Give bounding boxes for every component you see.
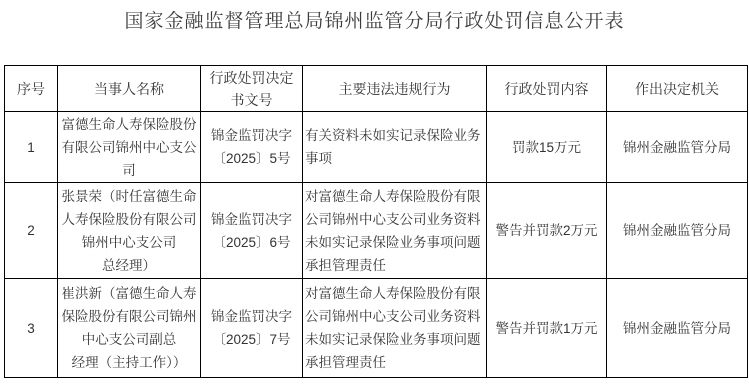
cell-violation: 对富德生命人寿保险股份有限 公司锦州中心支公司业务资料 未如实记录保险业务事项问… (303, 183, 487, 279)
cell-violation: 对富德生命人寿保险股份有限 公司锦州中心支公司业务资料 未如实记录保险业务事项问… (303, 279, 487, 378)
cell-violation: 有关资料未如实记录保险业务 事项 (303, 112, 487, 183)
header-violation: 主要违法违规行为 (303, 66, 487, 112)
cell-deciding-authority: 锦州金融监管分局 (607, 279, 748, 378)
table-row: 1 富德生命人寿保险股份 有限公司锦州中心支公 司 锦金监罚决字 〔2025〕5… (5, 112, 748, 183)
cell-deciding-authority: 锦州金融监管分局 (607, 183, 748, 279)
table-row: 2 张景荣（时任富德生命 人寿保险股份有限公司 锦州中心支公司 总经理） 锦金监… (5, 183, 748, 279)
cell-decision-doc-no: 锦金监罚决字 〔2025〕6号 (201, 183, 303, 279)
header-party-name: 当事人名称 (58, 66, 201, 112)
cell-penalty-content: 警告并罚款1万元 (487, 279, 607, 378)
cell-decision-doc-no: 锦金监罚决字 〔2025〕7号 (201, 279, 303, 378)
header-decision-doc-no: 行政处罚决定 书文号 (201, 66, 303, 112)
cell-party-name: 富德生命人寿保险股份 有限公司锦州中心支公 司 (58, 112, 201, 183)
cell-penalty-content: 警告并罚款2万元 (487, 183, 607, 279)
header-deciding-authority: 作出决定机关 (607, 66, 748, 112)
header-penalty-content: 行政处罚内容 (487, 66, 607, 112)
cell-index: 1 (5, 112, 58, 183)
header-index: 序号 (5, 66, 58, 112)
cell-penalty-content: 罚款15万元 (487, 112, 607, 183)
cell-index: 2 (5, 183, 58, 279)
table-header-row: 序号 当事人名称 行政处罚决定 书文号 主要违法违规行为 行政处罚内容 作出决定… (5, 66, 748, 112)
penalty-table: 序号 当事人名称 行政处罚决定 书文号 主要违法违规行为 行政处罚内容 作出决定… (4, 65, 748, 378)
cell-deciding-authority: 锦州金融监管分局 (607, 112, 748, 183)
cell-decision-doc-no: 锦金监罚决字 〔2025〕5号 (201, 112, 303, 183)
table-row: 3 崔洪新（富德生命人寿 保险股份有限公司锦州 中心支公司副总 经理（主持工作）… (5, 279, 748, 378)
cell-party-name: 崔洪新（富德生命人寿 保险股份有限公司锦州 中心支公司副总 经理（主持工作）） (58, 279, 201, 378)
cell-party-name: 张景荣（时任富德生命 人寿保险股份有限公司 锦州中心支公司 总经理） (58, 183, 201, 279)
page-title: 国家金融监督管理总局锦州监管分局行政处罚信息公开表 (0, 0, 749, 34)
cell-index: 3 (5, 279, 58, 378)
